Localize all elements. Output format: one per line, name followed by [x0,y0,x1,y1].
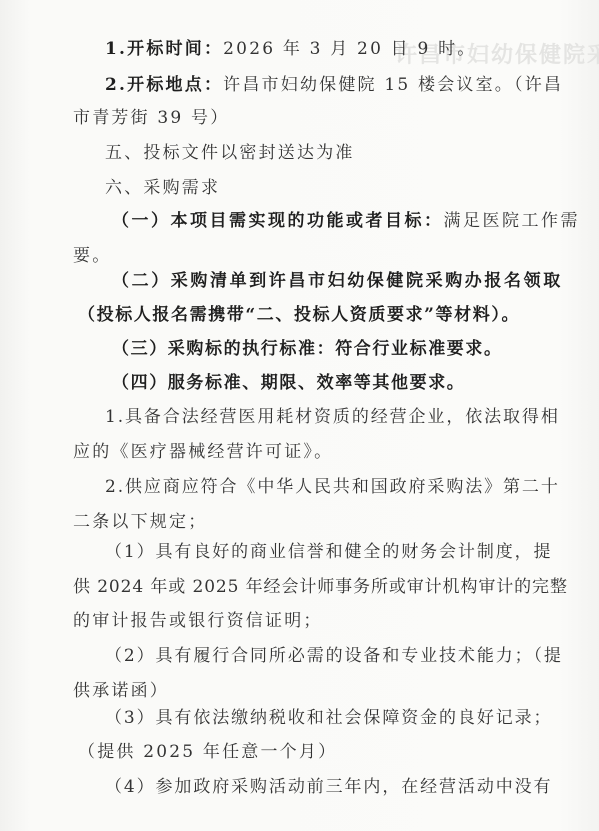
requirement-2-cont: （投标人报名需携带“二、投标人资质要求”等材料）。 [78,304,520,326]
clause-2: （2）具有履行合同所必需的设备和专业技术能力；（提 [105,645,563,667]
clause-3: （3）具有依法缴纳税收和社会保障资金的良好记录； [105,707,552,729]
requirement-3: （三）采购标的执行标准：符合行业标准要求。 [112,338,503,360]
clause-4: （4）参加政府采购活动前三年内，在经营活动中没有 [105,776,552,798]
label: 1.开标时间： [105,39,223,59]
qualification-2: 2.供应商应符合《中华人民共和国政府采购法》第二十 [105,476,560,498]
section-six-heading: 六、采购需求 [105,177,220,199]
paragraph-line: 要。 [73,245,111,267]
paragraph-line: 市青芳街 39 号） [73,107,229,129]
scanned-page: 许昌市妇幼保健院采购公告 1.开标时间：2026 年 3 月 20 日 9 时。… [0,0,599,831]
paragraph-line: 供承诺函） [73,680,169,702]
clause-1: （1）具有良好的商业信誉和健全的财务会计制度，提 [105,541,552,563]
value: 满足医院工作需 [444,211,581,231]
section-five-heading: 五、投标文件以密封送达为准 [105,142,355,164]
requirement-4: （四）服务标准、期限、效率等其他要求。 [112,372,465,394]
value: 2026 年 3 月 20 日 9 时。 [223,39,476,59]
label: 2.开标地点： [105,75,223,95]
paragraph-line: 的审计报告或银行资信证明； [73,610,323,632]
bid-opening-time: 1.开标时间：2026 年 3 月 20 日 9 时。 [105,38,477,60]
qualification-1: 1.具备合法经营医用耗材资质的经营企业，依法取得相 [105,406,560,428]
paragraph-line: 应的《医疗器械经营许可证》。 [73,441,333,463]
requirement-2: （二）采购清单到许昌市妇幼保健院采购办报名领取 [112,270,563,292]
paragraph-line: 二条以下规定； [73,511,207,533]
label: （一）本项目需实现的功能或者目标： [112,211,444,231]
bid-opening-location: 2.开标地点：许昌市妇幼保健院 15 楼会议室。（许昌 [105,74,563,96]
value: 许昌市妇幼保健院 15 楼会议室。（许昌 [223,75,563,95]
paragraph-line: 供 2024 年或 2025 年经会计师事务所或审计机构审计的完整 [73,576,568,598]
paragraph-line: （提供 2025 年任意一个月） [78,741,337,763]
requirement-1: （一）本项目需实现的功能或者目标：满足医院工作需 [112,210,580,232]
